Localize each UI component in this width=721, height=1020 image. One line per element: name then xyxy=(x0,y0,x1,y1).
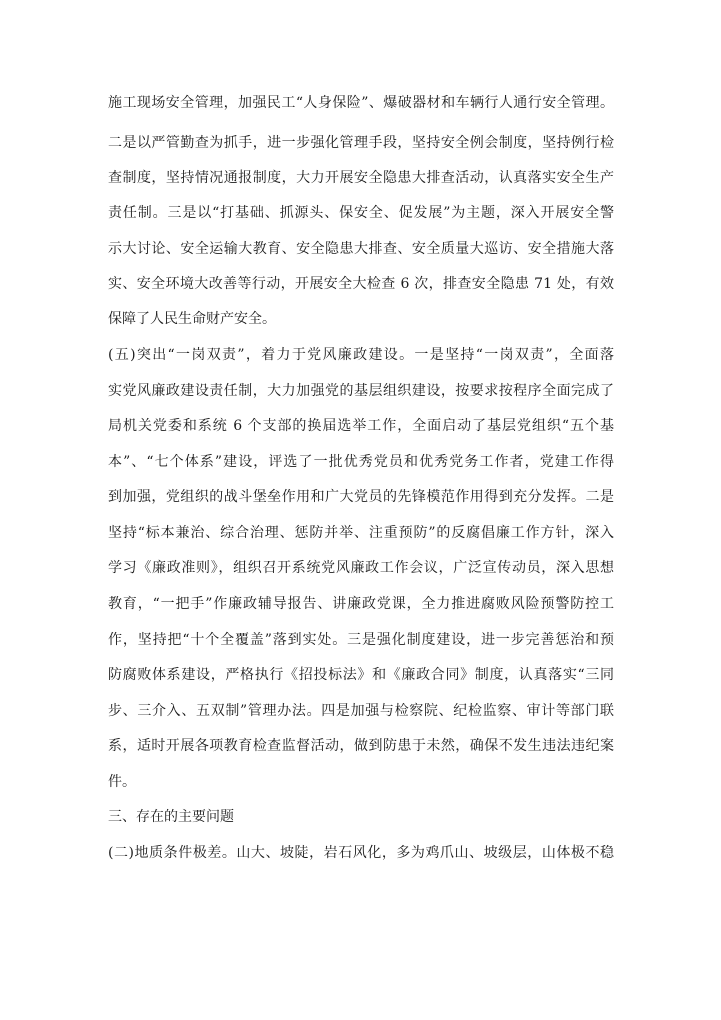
paragraph-line: 本”、“七个体系”建设，评选了一批优秀党员和优秀党务工作者，党建工作得 xyxy=(108,452,614,472)
paragraph-line: 教育，“一把手”作廉政辅导报告、讲廉政党课，全力推进腐败风险预警防控工 xyxy=(108,594,614,614)
paragraph-line: 实、安全环境大改善等行动，开展安全大检查 6 次，排查安全隐患 71 处，有效 xyxy=(108,274,614,294)
paragraph-line: 防腐败体系建设，严格执行《招投标法》和《廉政合同》制度，认真落实“三同 xyxy=(108,665,614,685)
paragraph-line: 保障了人民生命财产安全。 xyxy=(108,309,614,329)
paragraph-line: 作，坚持把“十个全覆盖”落到实处。三是强化制度建设，进一步完善惩治和预 xyxy=(108,630,614,650)
paragraph-line: 实党风廉政建设责任制，大力加强党的基层组织建设，按要求按程序全面完成了 xyxy=(108,381,614,401)
paragraph-line: 查制度，坚持情况通报制度，大力开展安全隐患大排查活动，认真落实安全生产 xyxy=(108,168,614,188)
paragraph-line: 系，适时开展各项教育检查监督活动，做到防患于未然，确保不发生违法违纪案 xyxy=(108,736,614,756)
paragraph-line: (二)地质条件极差。山大、坡陡，岩石风化，多为鸡爪山、坡级层，山体极不稳 xyxy=(108,843,614,863)
document-page: 施工现场安全管理，加强民工“人身保险”、爆破器材和车辆行人通行安全管理。 二是以… xyxy=(0,0,721,1020)
section-heading: 三、存在的主要问题 xyxy=(108,807,614,827)
paragraph-line: 施工现场安全管理，加强民工“人身保险”、爆破器材和车辆行人通行安全管理。 xyxy=(108,93,614,113)
paragraph-line: 局机关党委和系统 6 个支部的换届选举工作，全面启动了基层党组织“五个基 xyxy=(108,416,614,436)
paragraph-line: 学习《廉政准则》，组织召开系统党风廉政工作会议，广泛宣传动员，深入思想 xyxy=(108,558,614,578)
paragraph-line: 示大讨论、安全运输大教育、安全隐患大排查、安全质量大巡访、安全措施大落 xyxy=(108,239,614,259)
paragraph-line: 件。 xyxy=(108,772,614,792)
paragraph-line: 步、三介入、五双制”管理办法。四是加强与检察院、纪检监察、审计等部门联 xyxy=(108,701,614,721)
paragraph-line: 坚持“标本兼治、综合治理、惩防并举、注重预防”的反腐倡廉工作方针，深入 xyxy=(108,523,614,543)
paragraph-line: (五)突出“一岗双责”，着力于党风廉政建设。一是坚持“一岗双责”，全面落 xyxy=(108,345,614,365)
paragraph-line: 到加强，党组织的战斗堡垒作用和广大党员的先锋模范作用得到充分发挥。二是 xyxy=(108,487,614,507)
paragraph-line: 责任制。三是以“打基础、抓源头、保安全、促发展”为主题，深入开展安全警 xyxy=(108,203,614,223)
paragraph-line: 二是以严管勤查为抓手，进一步强化管理手段，坚持安全例会制度，坚持例行检 xyxy=(108,133,614,153)
